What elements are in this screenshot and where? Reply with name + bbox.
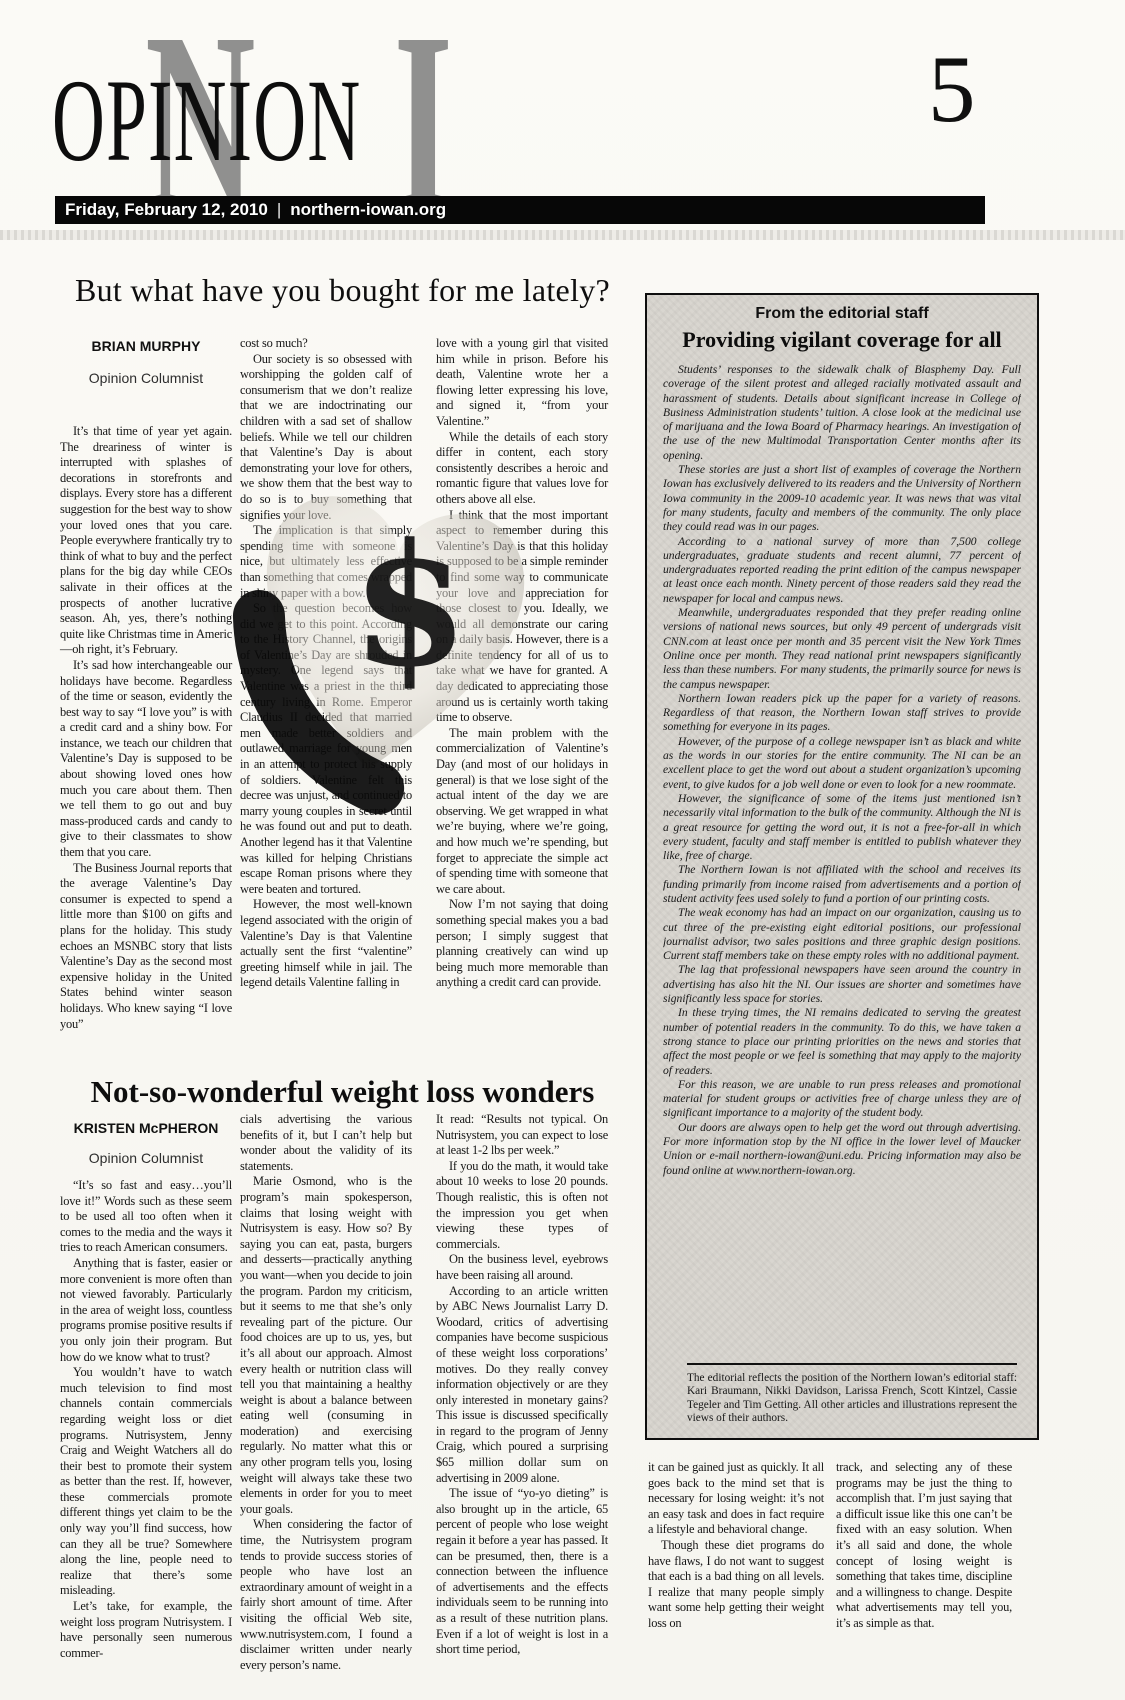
article1-byline-role: Opinion Columnist: [60, 370, 232, 386]
article1-byline: BRIAN MURPHY: [60, 338, 232, 354]
dateline-date: Friday, February 12, 2010: [65, 200, 268, 220]
editorial-footnote: The editorial reflects the position of t…: [687, 1363, 1017, 1426]
editorial-box: From the editorial staff Providing vigil…: [645, 293, 1039, 1440]
dollar-sign-glyph: $: [352, 506, 469, 704]
dateline-separator: |: [277, 200, 281, 220]
editorial-body: Students’ responses to the sidewalk chal…: [663, 363, 1021, 1348]
dateline-site: northern-iowan.org: [290, 200, 446, 220]
page-number: 5: [928, 42, 976, 137]
article2-byline-role: Opinion Columnist: [60, 1150, 232, 1166]
article2-column-4: it can be gained just as quickly. It all…: [648, 1460, 824, 1632]
heart-dollar-illustration: $: [226, 466, 544, 834]
article1-column-1: It’s that time of year yet again. The dr…: [60, 424, 232, 1032]
article1-headline: But what have you bought for me lately?: [60, 272, 625, 309]
scan-texture-strip: [0, 230, 1125, 240]
article2-column-1: “It’s so fast and easy…you’ll love it!” …: [60, 1178, 232, 1661]
article2-byline: KRISTEN McPHERON: [60, 1120, 232, 1136]
article2-headline: Not-so-wonderful weight loss wonders: [60, 1074, 625, 1110]
article2-column-3: It read: “Results not typical. On Nutris…: [436, 1112, 608, 1658]
dateline-bar: Friday, February 12, 2010 | northern-iow…: [55, 196, 985, 224]
newspaper-page: NI OPINION 5 Friday, February 12, 2010 |…: [0, 0, 1125, 1700]
article2-column-2: cials advertising the various benefits o…: [240, 1112, 412, 1673]
section-title: OPINION: [52, 62, 361, 180]
article2-column-5: track, and selecting any of these progra…: [836, 1460, 1012, 1632]
editorial-headline: Providing vigilant coverage for all: [663, 327, 1021, 353]
editorial-kicker: From the editorial staff: [663, 305, 1021, 323]
